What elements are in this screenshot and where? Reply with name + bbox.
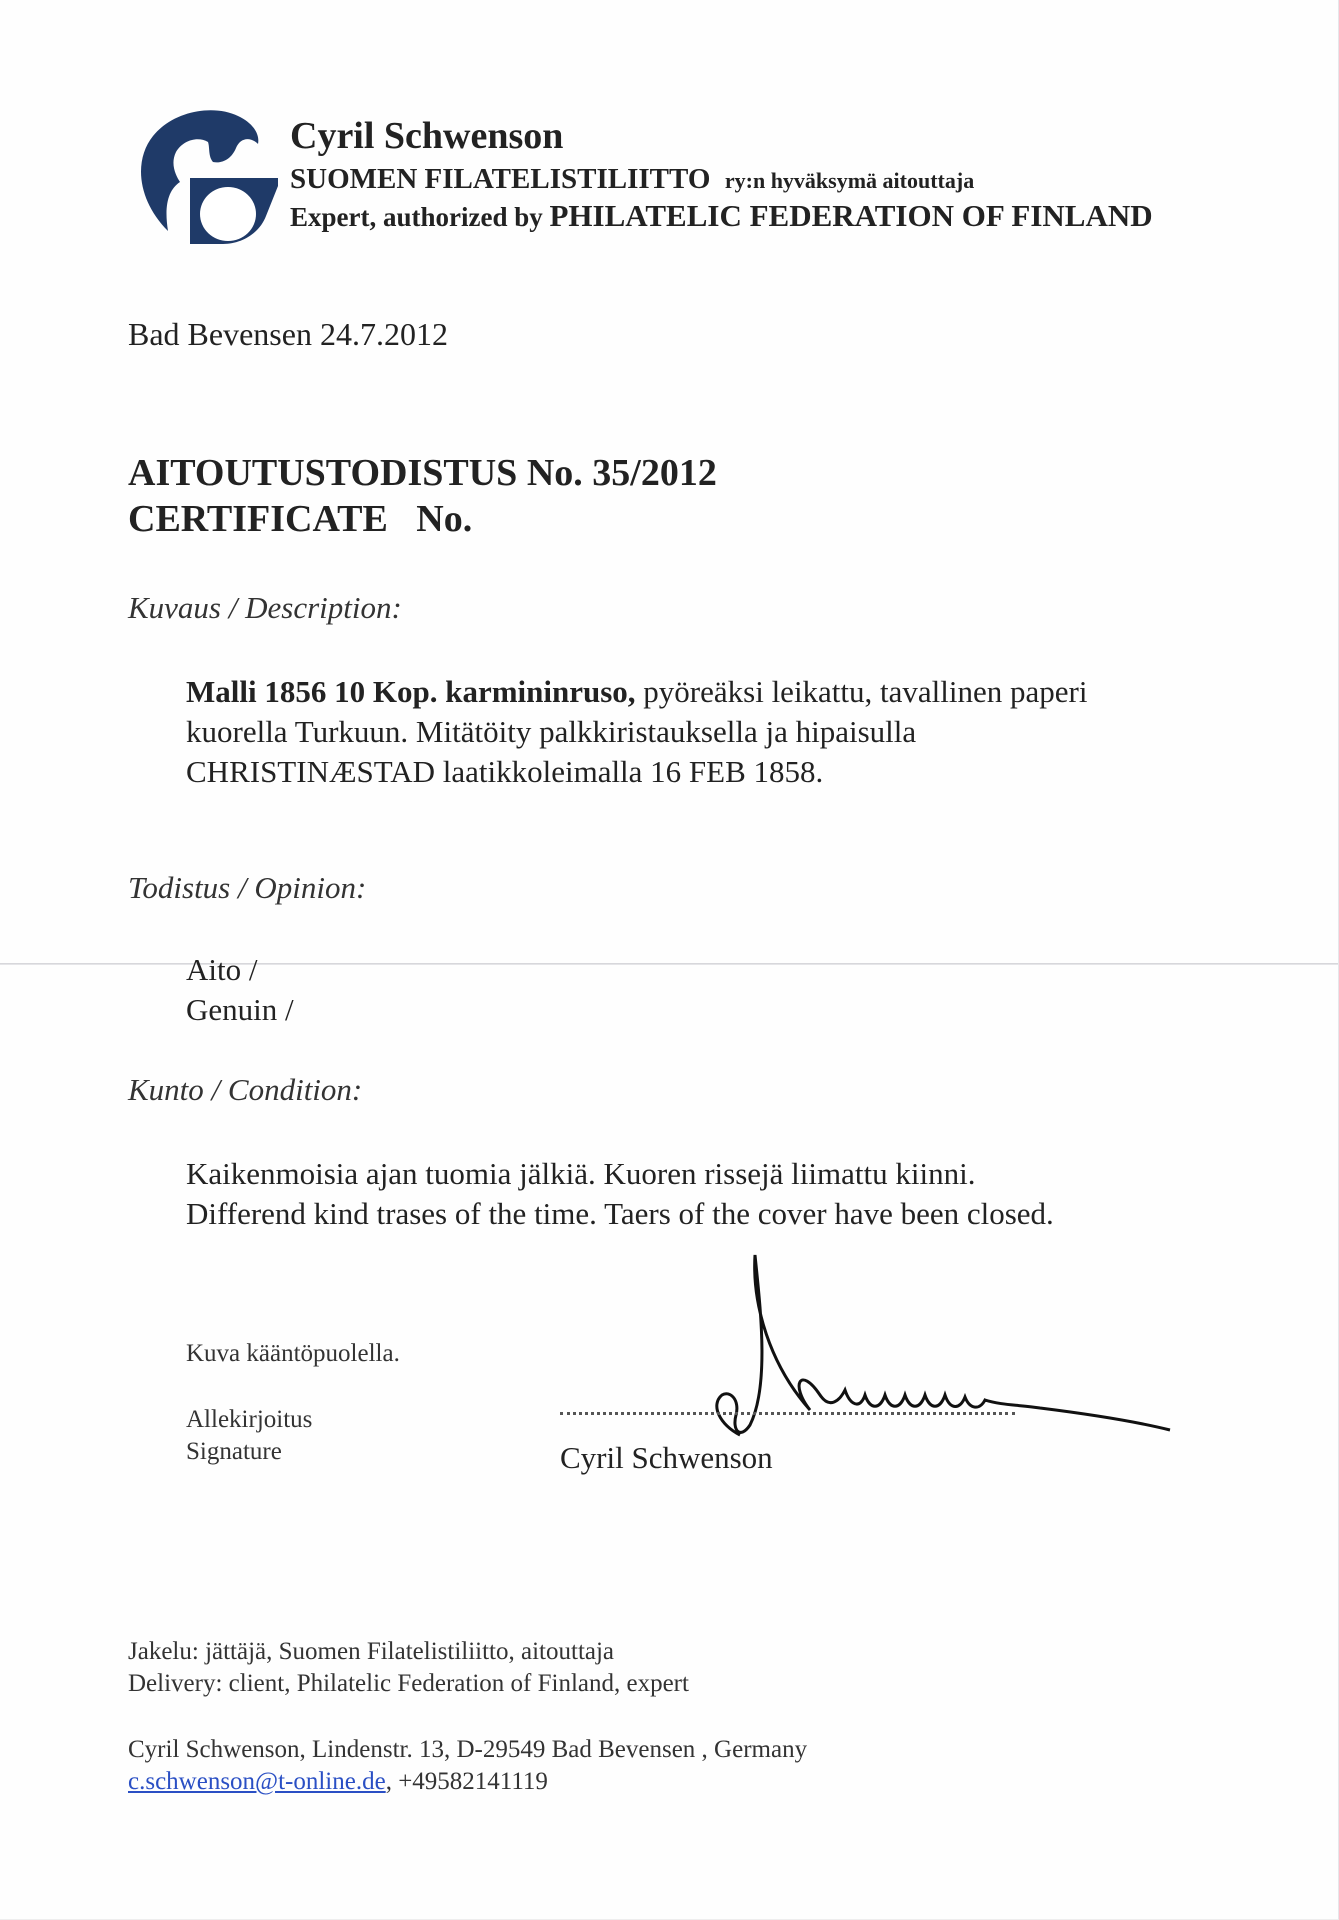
picture-note: Kuva kääntöpuolella.	[186, 1340, 400, 1368]
address: Cyril Schwenson, Lindenstr. 13, D-29549 …	[128, 1734, 807, 1766]
condition-text: Kaikenmoisia ajan tuomia jälkiä. Kuoren …	[186, 1154, 1054, 1234]
title-en: CERTIFICATE	[128, 498, 388, 540]
handwritten-signature	[660, 1245, 1180, 1445]
authorized-prefix: Expert, authorized by	[290, 202, 543, 232]
description-label: Kuvaus / Description:	[128, 590, 402, 626]
opinion-label: Todistus / Opinion:	[128, 870, 366, 906]
distribution: Jakelu: jättäjä, Suomen Filatelistiliitt…	[128, 1636, 689, 1700]
number-label-en: No.	[416, 498, 472, 540]
federation-logo-icon	[128, 106, 278, 246]
certificate-number: 35/2012	[592, 452, 717, 494]
email-link[interactable]: c.schwenson@t-online.de	[128, 1768, 386, 1795]
place-date: Bad Bevensen 24.7.2012	[128, 316, 448, 353]
description-lead: Malli 1856 10 Kop. karmininruso,	[186, 674, 636, 709]
federation-fi-name: SUOMEN FILATELISTILIITTO	[290, 163, 710, 195]
opinion-text: Aito / Genuin /	[186, 950, 294, 1030]
description-text: Malli 1856 10 Kop. karmininruso, pyöreäk…	[186, 672, 1087, 792]
federation-en-name: PHILATELIC FEDERATION OF FINLAND	[550, 198, 1153, 233]
certificate-page: Cyril Schwenson SUOMEN FILATELISTILIITTO…	[0, 0, 1339, 1920]
signature-labels: Allekirjoitus Signature	[186, 1404, 312, 1468]
certificate-title: AITOUTUSTODISTUS No. 35/2012 CERTIFICATE…	[128, 450, 717, 542]
federation-fi-suffix: ry:n hyväksymä aitouttaja	[725, 168, 974, 193]
signer-name: Cyril Schwenson	[560, 1440, 773, 1476]
condition-label: Kunto / Condition:	[128, 1072, 362, 1108]
title-fi: AITOUTUSTODISTUS	[128, 452, 517, 494]
federation-finnish: SUOMEN FILATELISTILIITTO ry:n hyväksymä …	[290, 163, 974, 196]
federation-english: Expert, authorized by PHILATELIC FEDERAT…	[290, 198, 1153, 234]
signature-line	[560, 1402, 1015, 1415]
phone: , +49582141119	[386, 1768, 548, 1795]
contact: Cyril Schwenson, Lindenstr. 13, D-29549 …	[128, 1734, 807, 1798]
expert-name: Cyril Schwenson	[290, 114, 563, 158]
number-label: No.	[527, 452, 583, 494]
